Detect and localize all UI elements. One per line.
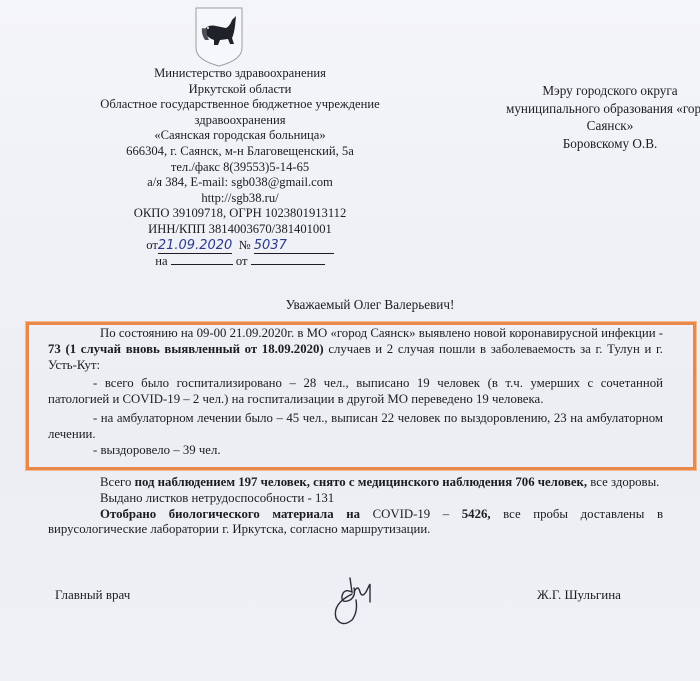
text: Всего xyxy=(100,475,135,489)
coat-of-arms-icon xyxy=(192,4,246,68)
ref-from-blank xyxy=(251,264,325,265)
ministry-name: Министерство здравоохранения xyxy=(90,66,390,82)
addressee-line: муниципального образования «город xyxy=(500,100,700,118)
samples-paragraph: Отобрано биологического материала на COV… xyxy=(48,507,663,539)
region-name: Иркутской области xyxy=(90,82,390,98)
ref-blank xyxy=(171,264,233,265)
hospital-name: «Саянская городская больница» xyxy=(90,128,390,144)
samples-count: 5426, xyxy=(462,507,491,521)
addressee-name: Боровскому О.В. xyxy=(500,135,700,153)
summary-section: Всего под наблюдением 197 человек, снято… xyxy=(48,475,663,538)
inn-kpp: ИНН/КПП 3814003670/381401001 xyxy=(90,222,390,238)
institution-type: Областное государственное бюджетное учре… xyxy=(90,97,390,113)
addressee-line: Мэру городского округа xyxy=(500,82,700,100)
addressee: Мэру городского округа муниципального об… xyxy=(500,82,700,152)
text: COVID-19 – xyxy=(360,507,462,521)
date-value: 21.09.2020 xyxy=(158,238,232,255)
postal-address: 666304, г. Саянск, м-н Благовещенский, 5… xyxy=(90,144,390,160)
letter-page: Министерство здравоохранения Иркутской о… xyxy=(0,0,700,681)
website: http://sgb38.ru/ xyxy=(90,191,390,207)
signatory-name: Ж.Г. Шульгина xyxy=(537,587,621,603)
signatory-title: Главный врач xyxy=(55,587,130,603)
greeting: Уважаемый Олег Валерьевич! xyxy=(0,297,700,313)
observation-count: под наблюдением 197 человек, снято с мед… xyxy=(135,475,588,489)
outgoing-ref: от21.09.2020 № 5037 xyxy=(90,238,390,255)
ref-label: на xyxy=(155,254,167,268)
recovered-paragraph: - выздоровело – 39 чел. xyxy=(48,443,663,459)
po-box-email: а/я 384, E-mail: sgb038@gmail.com xyxy=(90,175,390,191)
institution-type-2: здравоохранения xyxy=(90,113,390,129)
signature-icon xyxy=(322,570,402,630)
new-cases-count: 73 (1 случай вновь выявленный от 18.09.2… xyxy=(48,342,324,356)
incoming-ref: на от xyxy=(90,254,390,270)
cases-paragraph: По состоянию на 09-00 21.09.2020г. в МО … xyxy=(48,326,663,373)
outpatient-paragraph: - на амбулаторном лечении было – 45 чел.… xyxy=(48,411,663,443)
sick-leave-paragraph: Выдано листков нетрудоспособности - 131 xyxy=(48,491,663,507)
phone-fax: тел./факс 8(39553)5-14-65 xyxy=(90,160,390,176)
number-label: № xyxy=(239,238,251,252)
date-label: от xyxy=(146,238,158,252)
addressee-line: Саянск» xyxy=(500,117,700,135)
okpo-ogrn: ОКПО 39109718, ОГРН 1023801913112 xyxy=(90,206,390,222)
text: все здоровы. xyxy=(587,475,659,489)
text: Отобрано биологического материала на xyxy=(100,507,360,521)
text: По состоянию на 09-00 21.09.2020г. в МО … xyxy=(100,326,663,340)
hospitalized-paragraph: - всего было госпитализировано – 28 чел.… xyxy=(48,376,663,408)
letterhead: Министерство здравоохранения Иркутской о… xyxy=(90,66,390,270)
observation-paragraph: Всего под наблюдением 197 человек, снято… xyxy=(48,475,663,491)
highlighted-section: По состоянию на 09-00 21.09.2020г. в МО … xyxy=(48,326,663,458)
number-value: 5037 xyxy=(254,238,334,255)
ref-from-label: от xyxy=(236,254,248,268)
